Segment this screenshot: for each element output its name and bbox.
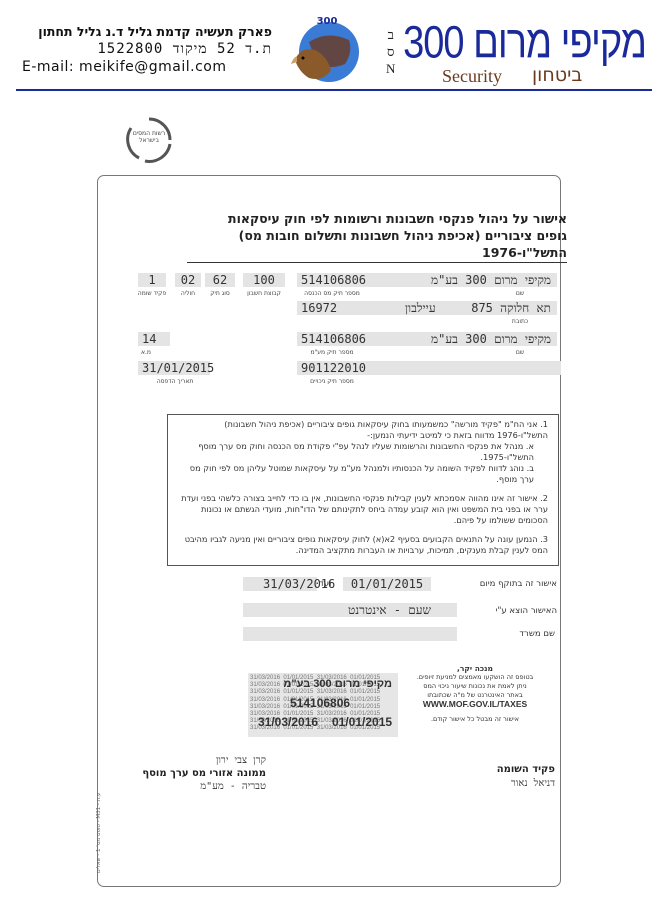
branch-field: 02	[175, 273, 201, 287]
vat-file-field: 514106806	[297, 332, 389, 346]
assessor-signature: פקיד השומה דניאל נאור	[497, 764, 555, 789]
company-address: פארק תעשיה קדמת גליל ד.נ גליל תחתון	[22, 24, 272, 40]
company-po-box: ת.ד 52 מיקוד 1522800	[22, 40, 272, 58]
address-street: תא חלוקה 875	[471, 301, 551, 315]
vat-office-field: 14	[138, 332, 170, 346]
file-type-field: 62	[205, 273, 235, 287]
issued-by-field: שעם - אינטרנט	[243, 603, 457, 617]
company-contact-block: פארק תעשיה קדמת גליל ד.נ גליל תחתון ת.ד …	[22, 24, 272, 76]
declaration-notes-box: 1. אני הח"מ "פקיד מורשה" כמשמעותו בחוק ע…	[167, 414, 559, 566]
deductions-file-field: 901122010	[297, 361, 561, 375]
mof-verification-notice: מנכה יקר, בטופס זה הושקעו מאמצים למניעת …	[410, 664, 540, 724]
mof-url-link[interactable]: WWW.MOF.GOV.IL/TAXES	[410, 700, 540, 709]
account-group-field: 100	[243, 273, 285, 287]
brand-security-he: ביטחון	[532, 64, 582, 86]
svg-text:300: 300	[317, 16, 338, 27]
note-2: 2. אישור זה אינו מהווה אסמכתא לענין קביל…	[174, 493, 548, 526]
note-1: 1. אני הח"מ "פקיד מורשה" כמשמעותו בחוק ע…	[174, 419, 548, 485]
company-eagle-logo-icon: 300	[287, 12, 367, 88]
print-date-field: 31/01/2015	[138, 361, 210, 375]
valid-from-field: 01/01/2015	[343, 577, 431, 591]
address-zip: 16972	[301, 301, 337, 315]
company-email: E-mail: meikife@gmail.com	[22, 58, 272, 76]
validity-label: אישור זה בתוקף מיום	[480, 579, 557, 589]
security-stamp: 31/03/2016 01/01/2015 31/03/2016 01/01/2…	[248, 673, 398, 737]
office-name-label: שם משרד	[519, 629, 555, 639]
brand-security-en: Security	[442, 66, 502, 87]
valid-to-field: 31/03/2016	[243, 577, 317, 591]
address-city: עיילבון	[405, 301, 436, 315]
letterhead-divider	[16, 89, 652, 91]
vat-signature: קרן צבי ירון ממונה אזורי מס ערך מוסף טבר…	[126, 755, 266, 792]
assessor-field: 1	[138, 273, 166, 287]
brand-side-letters: ב ס N	[386, 26, 395, 77]
form-code: טופס מס' 1 - שאלים - M31 - ע.ת	[96, 763, 102, 873]
company-brand: ב ס N מקיפי מרום 300 Security ביטחון	[382, 16, 662, 86]
address-field: תא חלוקה 875 עיילבון 16972	[297, 301, 557, 315]
issued-by-label: האישור הוצא ע"י	[496, 606, 557, 616]
brand-title: מקיפי מרום 300	[403, 18, 646, 70]
document-title: אישור על ניהול פנקסי חשבונות ורשומות לפי…	[187, 210, 567, 263]
note-3: 3. הנמען עונה על התנאים הקבועים בסעיף 2א…	[174, 534, 548, 556]
tax-authority-logo-icon: רשות המסים בישראל	[125, 116, 173, 164]
income-tax-file-field: 514106806	[297, 273, 389, 287]
office-name-field	[243, 627, 457, 641]
